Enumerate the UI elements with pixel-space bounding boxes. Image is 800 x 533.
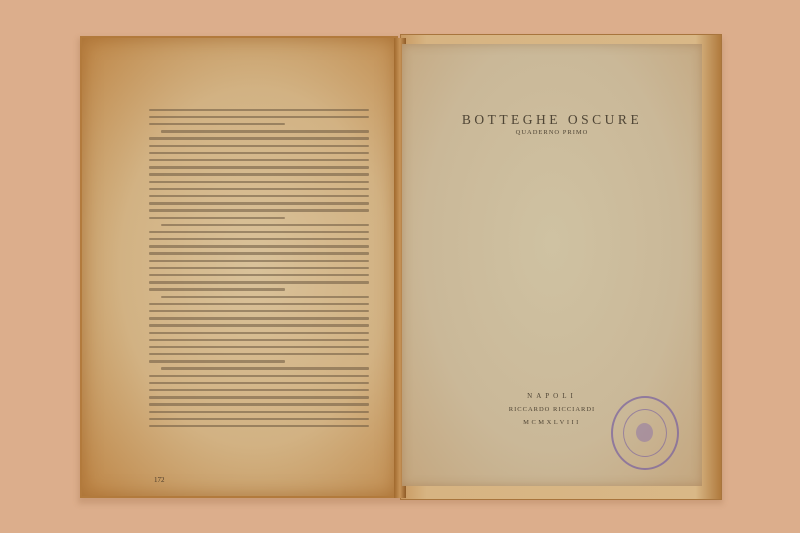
stamp-emblem	[636, 423, 653, 442]
paragraph	[149, 296, 369, 363]
paragraph	[149, 130, 369, 219]
open-book: 172 BOTTEGHE OSCURE QUADERNO PRIMO NAPOL…	[78, 34, 723, 502]
body-text	[149, 104, 369, 480]
library-stamp-icon	[611, 396, 679, 470]
paragraph	[149, 224, 369, 291]
stamp-inner-ring	[623, 409, 667, 457]
book-subtitle: QUADERNO PRIMO	[402, 129, 702, 136]
paragraph	[149, 109, 369, 126]
left-page: 172	[80, 36, 398, 498]
book-title: BOTTEGHE OSCURE	[402, 112, 702, 128]
page-number: 172	[154, 476, 165, 484]
paragraph	[149, 367, 369, 427]
